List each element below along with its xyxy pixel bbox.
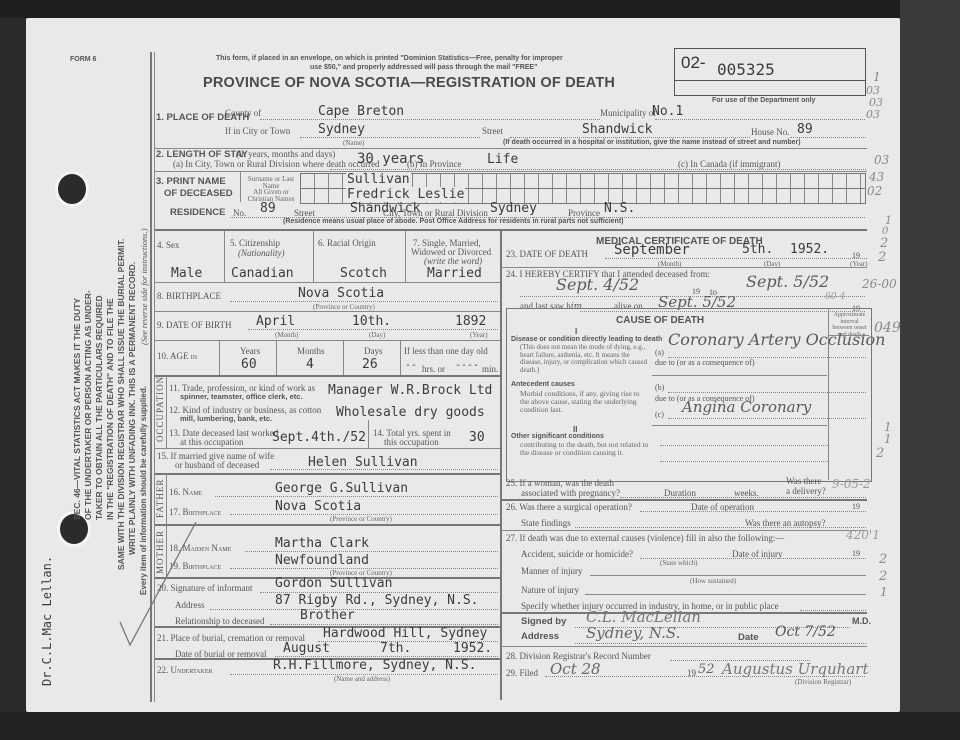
cause-a-rule — [652, 375, 827, 376]
marital-value: Married — [427, 266, 482, 281]
father-birthplace-value: Nova Scotia — [275, 499, 361, 514]
street-value: Shandwick — [582, 122, 652, 137]
manner-label: Manner of injury — [521, 566, 582, 576]
scan-background-top — [0, 0, 960, 18]
spouse-line — [270, 469, 498, 470]
cause-b-line — [668, 392, 866, 393]
burial-place-value: Hardwood Hill, Sydney — [323, 626, 487, 641]
filed-year: 52 — [698, 662, 715, 677]
sex-label: 4. Sex — [157, 240, 180, 250]
external-label: 27. If death was due to external causes … — [506, 533, 784, 543]
attended-from: Sept. 4/52 — [556, 275, 639, 294]
age-days: 26 — [362, 357, 378, 372]
house-value: 89 — [797, 122, 813, 137]
print-name-label-2: OF DECEASED — [164, 188, 233, 199]
racial-label: 6. Racial Origin — [318, 238, 376, 248]
birthplace-value: Nova Scotia — [298, 286, 384, 301]
other-note: contributing to the death, but not relat… — [520, 441, 650, 457]
cause-header: CAUSE OF DEATH — [616, 315, 704, 326]
mother-maiden-line — [245, 551, 498, 552]
pregnancy-label-2: associated with pregnancy? — [521, 488, 620, 498]
md-label: M.D. — [852, 616, 871, 626]
margin-code: 2 — [878, 250, 886, 265]
municipality-label: Municipality of — [600, 108, 656, 118]
birthplace-caption: (Province or Country) — [313, 303, 375, 311]
due-to-a: due to (or as a consequence of) — [655, 358, 755, 367]
trade-label-2: spinner, teamster, office clerk, etc. — [180, 392, 303, 401]
statute-line-4: IN THE "REGISTRATION OF DEATH" AND TO FI… — [105, 298, 115, 520]
divider-6 — [155, 340, 500, 341]
med-divider-1 — [501, 267, 867, 268]
citizenship-value: Canadian — [231, 266, 294, 281]
checkmark-icon — [118, 520, 198, 650]
statute-line-2: OF THE UNDERTAKER OR PERSON ACTING AS UN… — [83, 290, 93, 520]
age-years-label: Years — [240, 346, 260, 356]
scan-background-right — [900, 0, 960, 740]
cause-a-value: Coronary Artery Occlusion — [668, 330, 885, 349]
street-label: Street — [482, 126, 503, 136]
registration-number: 005325 — [717, 60, 775, 79]
accident-label: Accident, suicide or homicide? — [521, 549, 633, 559]
cause-c-line — [668, 418, 866, 419]
pregnancy-label-1: 25. If a woman, was the death — [506, 478, 614, 488]
county-label: County of — [225, 108, 261, 118]
manner-line — [590, 575, 866, 576]
age-div-1 — [219, 341, 220, 375]
margin-code: 60-4 — [825, 292, 845, 302]
municipality-value: No.1 — [652, 104, 683, 119]
divider-4 — [155, 282, 500, 283]
page-title: PROVINCE OF NOVA SCOTIA—REGISTRATION OF … — [203, 75, 615, 91]
reverse-note: (See reverse side for instructions.) — [139, 228, 149, 345]
sig-address-value: Sydney, N.S. — [586, 624, 680, 642]
father-name-value: George G.Sullivan — [275, 481, 408, 496]
divider-10 — [155, 524, 500, 526]
county-value: Cape Breton — [318, 104, 404, 119]
relationship-line — [270, 624, 498, 625]
col-div-4-5 — [224, 230, 225, 282]
municipality-line — [655, 119, 865, 120]
print-name-label-1: 3. PRINT NAME — [156, 176, 226, 187]
father-birthplace-caption: (Province or Country) — [330, 515, 392, 523]
dod-line — [605, 258, 867, 259]
cause-a-marker: (a) — [655, 348, 664, 357]
margin-code: 2 — [876, 446, 884, 461]
dob-month: April — [256, 314, 295, 329]
burial-date-year: 1952. — [453, 641, 492, 656]
residence-city: Sydney — [490, 201, 537, 216]
dod-label: 23. DATE OF DEATH — [506, 249, 588, 259]
dod-month: September — [614, 242, 690, 258]
department-use-label: For use of the Department only — [712, 97, 815, 104]
dob-year-caption: (Year) — [470, 331, 488, 339]
father-birthplace-label: 17. Birthplace — [169, 507, 221, 517]
last-worked-label-2: at this occupation — [180, 437, 243, 447]
margin-code: 43 — [869, 170, 884, 184]
margin-code: 9-05-2 — [832, 477, 871, 491]
antecedent-note: Morbid conditions, if any, giving rise t… — [520, 390, 650, 414]
stay-line — [330, 169, 866, 170]
immediate-note: (This does not mean the mode of dying, e… — [520, 344, 650, 374]
registrar-caption: (Division Registrar) — [795, 678, 851, 686]
margin-code: 1 — [880, 585, 888, 599]
residence-no: 89 — [260, 201, 276, 216]
cause-b-marker: (b) — [655, 383, 664, 392]
stay-province-label: (b) In Province — [407, 159, 461, 169]
spouse-label-2: or husband of deceased — [175, 460, 259, 470]
divider-9 — [155, 473, 500, 475]
statute-line-3: TAKER TO OBTAIN ALL THE PARTICULARS REQU… — [94, 295, 104, 520]
how-sustained: (How sustained) — [690, 577, 736, 585]
statute-line-6: WRITE PLAINLY WITH UNFADING INK. THIS IS… — [127, 262, 137, 555]
med-divider-2 — [501, 499, 867, 501]
dob-line — [248, 329, 498, 330]
occupation-section-label: OCCUPATION — [155, 376, 165, 442]
burial-date-day: 7th. — [380, 641, 411, 656]
divider-2 — [155, 171, 867, 172]
marital-sub: (write the word) — [424, 256, 482, 266]
name-label-divider — [240, 172, 241, 202]
age-min: ---- — [455, 360, 479, 371]
citizenship-label: 5. Citizenship — [230, 238, 280, 248]
binder-hole-top — [58, 174, 86, 204]
father-name-label: 16. Name — [169, 487, 202, 497]
margin-code: 26-00 — [862, 277, 897, 291]
physician-stamp: Dr.C.L.Mac Lellan. — [40, 556, 54, 686]
mother-maiden-value: Martha Clark — [275, 536, 369, 551]
injury-nineteen: 19 — [852, 549, 860, 558]
registration-number-prefix: 02- — [681, 53, 706, 73]
dod-year: 1952. — [790, 242, 829, 257]
divider-7 — [155, 375, 500, 377]
margin-code: 03 — [874, 153, 889, 167]
sig-date-value: Oct 7/52 — [775, 624, 836, 640]
surname-value: Sullivan — [346, 172, 411, 187]
occupation-divider — [368, 420, 369, 448]
father-name-line — [215, 496, 498, 497]
industry-value: Wholesale dry goods — [336, 405, 485, 420]
margin-code: 2 — [880, 236, 888, 251]
age-min-label: min. — [482, 364, 498, 374]
dob-year: 1892 — [455, 314, 486, 329]
operation-nineteen: 19 — [852, 502, 860, 511]
age-months: 4 — [306, 357, 314, 372]
informant-address: 87 Rigby Rd., Sydney, N.S. — [275, 593, 479, 608]
mother-birthplace-value: Newfoundland — [275, 553, 369, 568]
industry-label-2: mill, lumbering, bank, etc. — [180, 414, 272, 423]
birthplace-label: 8. BIRTHPLACE — [157, 291, 221, 301]
delivery-label-1: Was there — [786, 476, 822, 486]
place-injury-line — [800, 610, 866, 611]
col-div-5-6 — [313, 230, 314, 282]
age-div-4 — [400, 341, 401, 375]
age-hrs: -- — [405, 360, 417, 371]
age-div-2 — [276, 341, 277, 375]
name-caption: (Name) — [343, 139, 364, 147]
sig-address-line — [575, 643, 866, 644]
other-line-1 — [660, 445, 828, 446]
nature-label: Nature of injury — [521, 585, 579, 595]
dob-label: 9. DATE OF BIRTH — [157, 320, 231, 330]
cause-c-rule — [652, 425, 827, 426]
other-line-2 — [660, 461, 828, 462]
age-hrs-label: hrs. or — [422, 364, 445, 374]
cause-c-marker: (c) — [655, 410, 664, 419]
stay-province-value: Life — [487, 152, 518, 167]
findings-line — [575, 527, 866, 528]
pregnancy-line — [620, 497, 866, 498]
col-div-6-7 — [405, 230, 406, 282]
delivery-label-2: a delivery? — [786, 486, 826, 496]
county-line — [260, 119, 600, 120]
dob-month-caption: (Month) — [275, 331, 298, 339]
given-names-value: Fredrick Leslie — [346, 187, 465, 202]
divider-5 — [155, 311, 500, 312]
section-I: I — [575, 327, 577, 336]
state-which: (State which) — [660, 559, 698, 567]
stay-canada-label: (c) In Canada (if immigrant) — [678, 159, 780, 169]
house-label: House No. — [751, 127, 790, 137]
other-label: Other significant conditions — [511, 433, 604, 440]
signed-label: Signed by — [521, 616, 566, 627]
mail-notice-2: use $50," and properly addressed will pa… — [310, 64, 537, 71]
column-divider — [500, 230, 502, 700]
father-side-rule — [166, 474, 167, 524]
relationship-value: Brother — [300, 608, 355, 623]
dod-day: 5th. — [742, 242, 773, 257]
total-years-value: 30 — [469, 430, 485, 445]
registration-box-divider — [675, 80, 865, 81]
antecedent-label: Antecedent causes — [511, 381, 575, 388]
trade-value: Manager W.R.Brock Ltd — [328, 383, 492, 398]
burial-date-month: August — [283, 641, 330, 656]
residence-label: RESIDENCE — [170, 207, 225, 218]
findings-label: State findings — [521, 518, 571, 528]
margin-code: 1 — [873, 70, 881, 84]
age-lt-day-label: If less than one day old — [404, 346, 488, 356]
surgery-line — [640, 511, 866, 512]
surgery-label: 26. Was there a surgical operation? — [506, 502, 632, 512]
margin-code: 02 — [867, 184, 882, 198]
age-div-3 — [343, 341, 344, 375]
age-months-label: Months — [297, 346, 325, 356]
sig-address-label: Address — [521, 631, 559, 642]
age-days-label: Days — [364, 346, 383, 356]
burial-date-line — [275, 656, 498, 657]
divider-8 — [155, 448, 500, 449]
margin-code: 2 — [879, 552, 887, 567]
age-years: 60 — [241, 357, 257, 372]
divider-3 — [155, 229, 867, 231]
margin-code: 03 — [866, 108, 880, 121]
sex-value: Male — [171, 266, 202, 281]
mail-notice-1: This form, if placed in an envelope, on … — [216, 55, 563, 62]
last-worked-value: Sept.4th./52 — [272, 430, 366, 445]
margin-code: 420'1 — [846, 528, 880, 542]
attended-to: Sept. 5/52 — [746, 272, 829, 291]
dob-day-caption: (Day) — [369, 331, 385, 339]
city-line — [300, 137, 480, 138]
cause-c-value: Angina Coronary — [682, 398, 811, 416]
scan-background-bottom — [0, 712, 960, 740]
stay-city-label: (a) In City, Town or Rural Division wher… — [173, 159, 380, 169]
filed-label: 29. Filed — [506, 668, 538, 678]
city-value: Sydney — [318, 122, 365, 137]
form-number: FORM 6 — [70, 56, 96, 63]
undertaker-label: 22. Undertaker — [157, 665, 213, 675]
statute-line-1: SEC. 46—VITAL STATISTICS ACT MAKES IT TH… — [72, 298, 82, 520]
occupation-side-rule — [166, 376, 167, 448]
margin-code: 2 — [879, 569, 887, 584]
hospital-note: (If death occurred in a hospital or inst… — [503, 139, 801, 146]
spouse-value: Helen Sullivan — [308, 455, 418, 470]
total-years-label-2: this occupation — [384, 437, 439, 447]
undertaker-value: R.H.Fillmore, Sydney, N.S. — [273, 658, 477, 673]
racial-value: Scotch — [340, 266, 387, 281]
street-line — [510, 137, 750, 138]
birthplace-line — [230, 301, 498, 302]
length-unit-note: (in years, months and days) — [236, 149, 335, 159]
father-section-label: FATHER — [155, 479, 165, 518]
margin-code: 049 — [874, 320, 901, 336]
age-label: 10. AGE in — [157, 351, 197, 361]
residence-province: N.S. — [604, 201, 635, 216]
filed-line — [545, 676, 865, 677]
med-divider-5 — [501, 646, 867, 647]
margin-code: 1 — [884, 432, 892, 446]
residence-note: (Residence means usual place of abode. P… — [283, 218, 624, 225]
sig-date-label: Date — [738, 632, 759, 643]
med-divider-3 — [501, 530, 867, 531]
immediate-label: Disease or condition directly leading to… — [511, 336, 662, 343]
dob-day: 10th. — [352, 314, 391, 329]
informant-name: Gordon Sullivan — [275, 576, 392, 591]
citizenship-sub: (Nationality) — [238, 248, 285, 258]
place-of-death-label: 1. PLACE OF DEATH — [156, 112, 212, 123]
undertaker-caption: (Name and address) — [334, 675, 390, 683]
city-label: If in City or Town — [225, 126, 290, 136]
house-line — [790, 137, 866, 138]
nature-line — [585, 594, 866, 595]
